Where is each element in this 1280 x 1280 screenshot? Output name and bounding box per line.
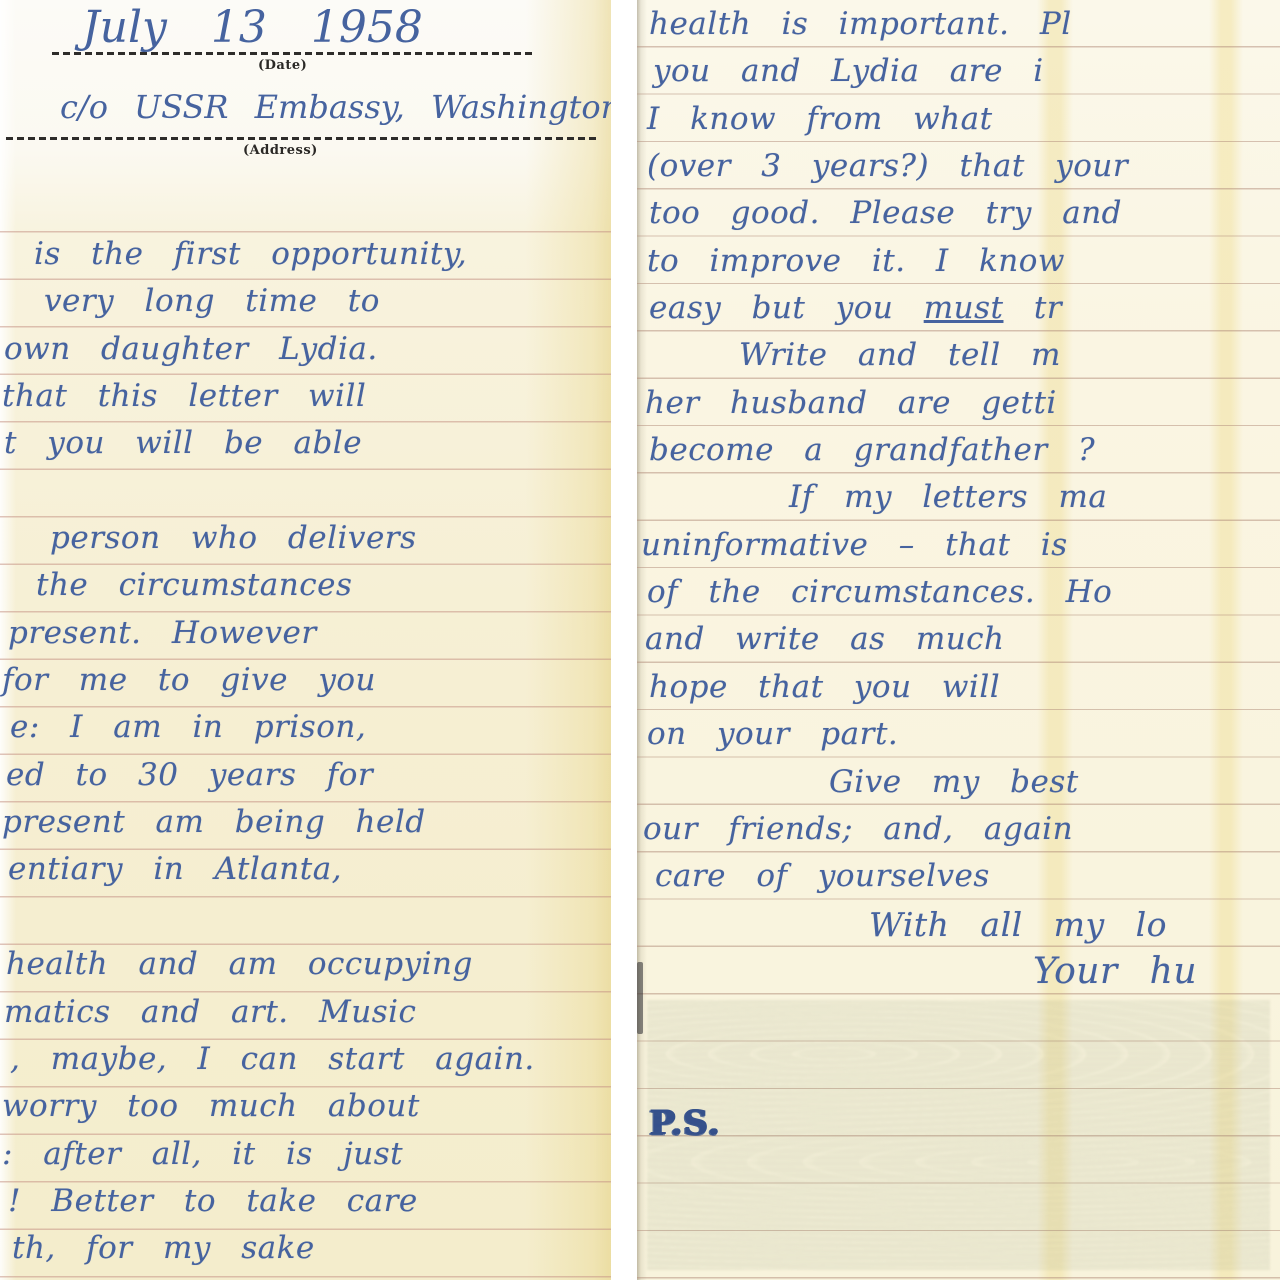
handwriting-line: that this letter will xyxy=(0,373,611,420)
handwriting-line: present am being held xyxy=(0,799,611,846)
handwriting-line: th, for my sake xyxy=(0,1225,611,1272)
handwriting-line xyxy=(0,894,611,941)
handwriting-line: matics and art. Music xyxy=(0,989,611,1036)
underlined-word: must xyxy=(924,290,1004,326)
handwriting-line: of the circumstances. Ho xyxy=(637,569,1280,616)
handwriting-line: is the first opportunity, xyxy=(0,231,611,278)
handwriting-line: easy but you must tr xyxy=(637,285,1280,332)
address-handwritten: c/o USSR Embassy, Washington, DC xyxy=(60,88,611,126)
handwriting-line: on your part. xyxy=(637,711,1280,758)
handwriting-line: health and am occupying xyxy=(0,941,611,988)
address-fill-in-line xyxy=(6,137,600,140)
letter-page-left: July 13 1958 (Date) c/o USSR Embassy, Wa… xyxy=(0,0,611,1280)
handwriting-line: If my letters ma xyxy=(637,474,1280,521)
date-fill-in-line xyxy=(52,52,534,55)
ink-bleed-through xyxy=(647,1000,1270,1270)
handwriting-line: health is important. Pl xyxy=(637,1,1280,48)
handwriting-line: ed to 30 years for xyxy=(0,752,611,799)
date-caption: (Date) xyxy=(258,58,307,73)
handwriting-line: , maybe, I can start again. xyxy=(0,1036,611,1083)
handwriting-line: Write and tell m xyxy=(637,332,1280,379)
handwriting-line: : after all, it is just xyxy=(0,1131,611,1178)
letter-body-left: is the first opportunity,very long time … xyxy=(0,231,611,1273)
handwriting-line: own daughter Lydia. xyxy=(0,326,611,373)
handwriting-line xyxy=(0,468,611,515)
handwriting-line: ! Better to take care xyxy=(0,1178,611,1225)
handwriting-line: for me to give you xyxy=(0,657,611,704)
handwriting-line: person who delivers xyxy=(0,515,611,562)
handwriting-line: and write as much xyxy=(637,616,1280,663)
handwriting-line: I know from what xyxy=(637,96,1280,143)
handwriting-line: hope that you will xyxy=(637,664,1280,711)
handwriting-line: With all my lo xyxy=(637,901,1280,948)
letter-body-right: health is important. Plyou and Lydia are… xyxy=(637,1,1280,995)
handwriting-line: (over 3 years?) that your xyxy=(637,143,1280,190)
handwriting-line: present. However xyxy=(0,610,611,657)
handwriting-line: too good. Please try and xyxy=(637,190,1280,237)
handwriting-line: Give my best xyxy=(637,759,1280,806)
handwriting-line: worry too much about xyxy=(0,1083,611,1130)
date-handwritten: July 13 1958 xyxy=(82,2,423,53)
handwriting-line: you and Lydia are i xyxy=(637,48,1280,95)
handwriting-line: our friends; and, again xyxy=(637,806,1280,853)
handwriting-line: to improve it. I know xyxy=(637,238,1280,285)
letter-page-right: health is important. Plyou and Lydia are… xyxy=(637,0,1280,1280)
handwriting-line: her husband are getti xyxy=(637,380,1280,427)
handwriting-line: become a grandfather ? xyxy=(637,427,1280,474)
handwriting-line: e: I am in prison, xyxy=(0,704,611,751)
handwriting-line: t you will be able xyxy=(0,420,611,467)
handwriting-line: the circumstances xyxy=(0,562,611,609)
handwriting-line: entiary in Atlanta, xyxy=(0,846,611,893)
handwriting-line: Your hu xyxy=(637,948,1280,995)
handwriting-line: very long time to xyxy=(0,278,611,325)
handwriting-line: uninformative – that is xyxy=(637,522,1280,569)
address-caption: (Address) xyxy=(243,143,318,158)
handwriting-line: care of yourselves xyxy=(637,853,1280,900)
